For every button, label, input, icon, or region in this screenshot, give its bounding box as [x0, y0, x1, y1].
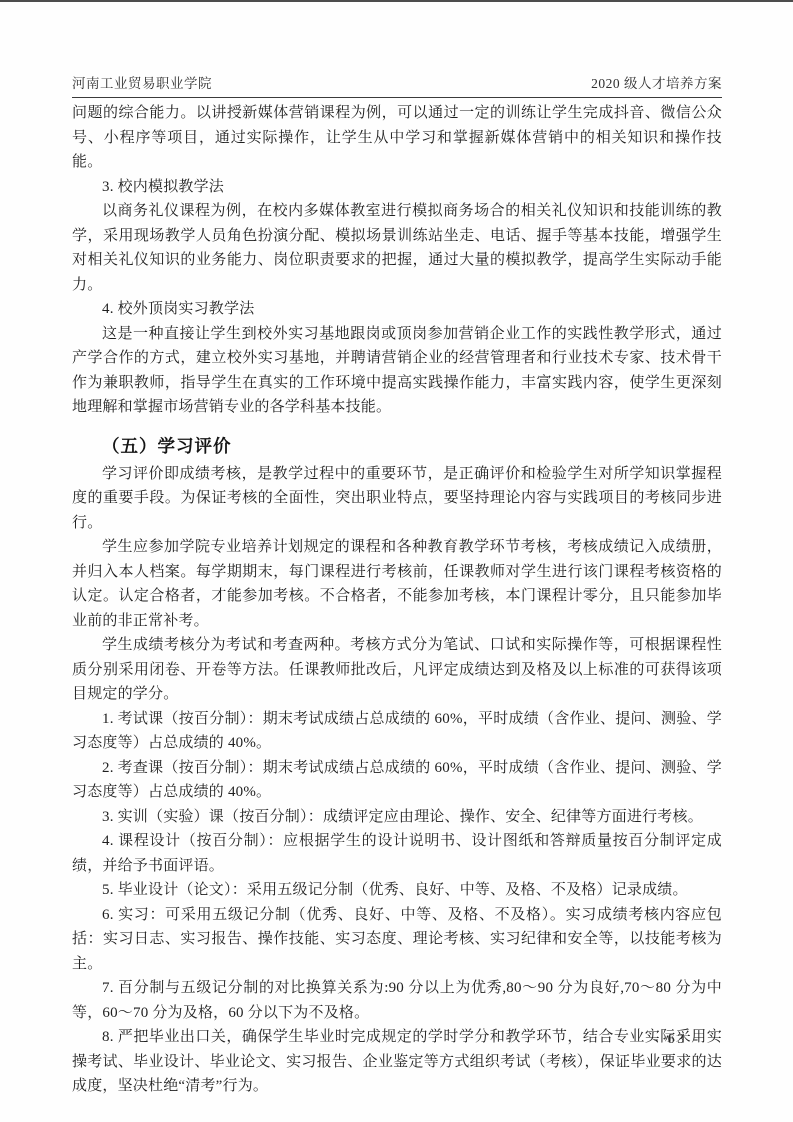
header-plan-title: 2020 级人才培养方案 — [591, 72, 722, 92]
paragraph: 2. 考查课（按百分制）：期末考试成绩占总成绩的 60%，平时成绩（含作业、提问… — [72, 756, 722, 805]
paragraph: 4. 课程设计（按百分制）：应根据学生的设计说明书、设计图纸和答辩质量按百分制评… — [72, 829, 722, 878]
paragraph: 这是一种直接让学生到校外实习基地跟岗或顶岗参加营销企业工作的实践性教学形式，通过… — [72, 322, 722, 420]
scan-edge-line — [0, 0, 793, 2]
paragraph: 5. 毕业设计（论文）：采用五级记分制（优秀、良好、中等、及格、不及格）记录成绩… — [72, 878, 722, 903]
paragraph: 学习评价即成绩考核，是教学过程中的重要环节，是正确评价和检验学生对所学知识掌握程… — [72, 462, 722, 536]
page-number: - 63 - — [654, 1031, 701, 1047]
paragraph: 1. 考试课（按百分制）：期末考试成绩占总成绩的 60%，平时成绩（含作业、提问… — [72, 707, 722, 756]
paragraph: 3. 校内模拟教学法 — [72, 175, 722, 200]
paragraph: 学生应参加学院专业培养计划规定的课程和各种教育教学环节考核，考核成绩记入成绩册，… — [72, 535, 722, 633]
paragraph: 问题的综合能力。以讲授新媒体营销课程为例，可以通过一定的训练让学生完成抖音、微信… — [72, 101, 722, 175]
document-body: 问题的综合能力。以讲授新媒体营销课程为例，可以通过一定的训练让学生完成抖音、微信… — [72, 101, 722, 1099]
paragraph: 8. 严把毕业出口关，确保学生毕业时完成规定的学时学分和教学环节，结合专业实际采… — [72, 1025, 722, 1099]
header-school-name: 河南工业贸易职业学院 — [72, 72, 212, 92]
paragraph: 6. 实习：可采用五级记分制（优秀、良好、中等、及格、不及格）。实习成绩考核内容… — [72, 903, 722, 977]
paragraph: 7. 百分制与五级记分制的对比换算关系为:90 分以上为优秀,80～90 分为良… — [72, 976, 722, 1025]
paragraph: 4. 校外顶岗实习教学法 — [72, 297, 722, 322]
document-page: 河南工业贸易职业学院 2020 级人才培养方案 问题的综合能力。以讲授新媒体营销… — [0, 0, 793, 1122]
section-heading: （五）学习评价 — [72, 434, 722, 459]
paragraph: 3. 实训（实验）课（按百分制）：成绩评定应由理论、操作、安全、纪律等方面进行考… — [72, 805, 722, 830]
paragraph: 以商务礼仪课程为例，在校内多媒体教室进行模拟商务场合的相关礼仪知识和技能训练的教… — [72, 199, 722, 297]
paragraph: 学生成绩考核分为考试和考查两种。考核方式分为笔试、口试和实际操作等，可根据课程性… — [72, 633, 722, 707]
page-header: 河南工业贸易职业学院 2020 级人才培养方案 — [72, 72, 722, 98]
